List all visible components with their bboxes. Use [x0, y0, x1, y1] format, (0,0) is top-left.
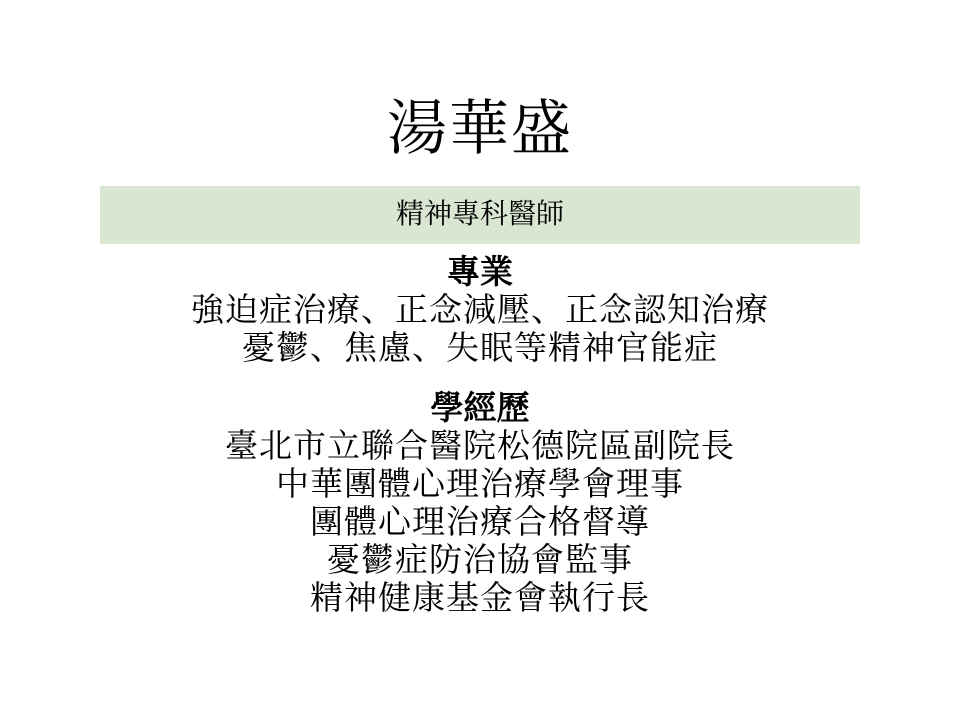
- subtitle-banner: 精神專科醫師: [100, 186, 860, 244]
- experience-heading: 學經歷: [0, 390, 960, 428]
- subtitle-text: 精神專科醫師: [396, 201, 564, 229]
- experience-line: 中華團體心理治療學會理事: [0, 466, 960, 504]
- experience-line: 臺北市立聯合醫院松德院區副院長: [0, 428, 960, 466]
- specialty-line: 憂鬱、焦慮、失眠等精神官能症: [0, 330, 960, 368]
- experience-line: 團體心理治療合格督導: [0, 504, 960, 542]
- section-specialty: 專業 強迫症治療、正念減壓、正念認知治療 憂鬱、焦慮、失眠等精神官能症: [0, 254, 960, 368]
- specialty-heading: 專業: [0, 254, 960, 292]
- presentation-slide: 湯華盛 精神專科醫師 專業 強迫症治療、正念減壓、正念認知治療 憂鬱、焦慮、失眠…: [0, 0, 960, 720]
- slide-title: 湯華盛: [0, 0, 960, 164]
- experience-line: 精神健康基金會執行長: [0, 580, 960, 618]
- section-experience: 學經歷 臺北市立聯合醫院松德院區副院長 中華團體心理治療學會理事 團體心理治療合…: [0, 390, 960, 618]
- experience-line: 憂鬱症防治協會監事: [0, 542, 960, 580]
- specialty-line: 強迫症治療、正念減壓、正念認知治療: [0, 292, 960, 330]
